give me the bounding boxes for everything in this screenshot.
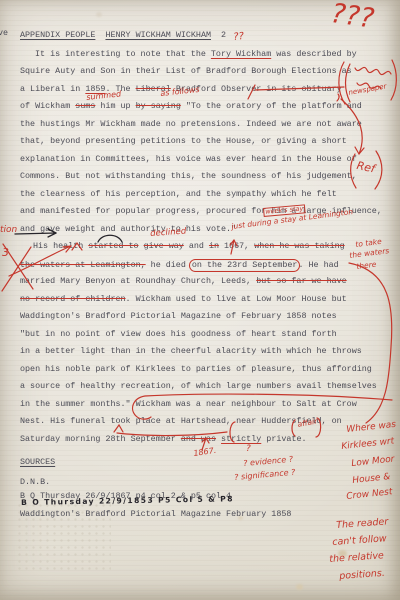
typed-segment: Commons. But not withstanding this, the … — [20, 171, 357, 182]
typed-segment: ve — [0, 28, 8, 39]
typed-segment: and — [184, 241, 209, 252]
body-line: Nest. His funeral took place at Hartshea… — [20, 416, 342, 427]
typed-segment: Waddington's Bradford Pictorial Magazine… — [20, 509, 291, 520]
paper-stain — [96, 12, 102, 17]
typed-segment-st: by saying — [136, 101, 181, 112]
margin-kirklees-5: Crow Nest — [346, 488, 393, 502]
margin-kirklees-3: Low Moor — [351, 455, 395, 469]
tory-wickham-query: ?? — [233, 32, 244, 43]
query-evidence: ? evidence ? — [243, 456, 293, 469]
typed-segment-tb: HENRY WICKHAM WICKHAM — [105, 30, 211, 41]
typed-segment: the clearness of his perception, and the… — [20, 189, 337, 200]
body-line: married Mary Benyon at Roundhay Church, … — [20, 276, 347, 287]
body-line: It is interesting to note that the Tory … — [35, 49, 357, 60]
paper-stain — [296, 584, 303, 590]
source-dnb: D.N.B. — [20, 477, 50, 488]
typed-segment-st: the waters at Leamington, — [20, 260, 146, 271]
margin-cropped-word: tion — [0, 226, 17, 235]
insertion-leamington-4: there — [356, 261, 377, 271]
body-line: Saturday morning 28th September and was … — [20, 434, 307, 445]
typed-segment-ul: Tory Wickham — [211, 49, 271, 60]
margin-kirklees-1: Where was — [346, 421, 397, 436]
correction-declined: declined — [150, 227, 187, 238]
typed-segment-ci: on the 23rd September — [189, 259, 301, 272]
typed-segment: . He had — [298, 260, 338, 271]
insertion-1867: 1867. — [193, 447, 217, 458]
typed-segment: 2 — [211, 30, 226, 41]
body-line: Squire Auty and Son in their List of Bra… — [20, 66, 352, 77]
typed-segment: . Wickham used to live at Low Moor House… — [126, 294, 347, 305]
typed-segment: married Mary Benyon at Roundhay Church, … — [20, 276, 256, 287]
body-line: that, beyond presenting petitions to the… — [20, 136, 347, 147]
typed-segment-st: sums — [75, 101, 95, 112]
body-line: the clearness of his perception, and the… — [20, 189, 337, 200]
typed-segment: private. — [261, 434, 306, 445]
typed-segment-st: when he was taking — [254, 241, 344, 252]
typed-segment-st: and was — [181, 434, 216, 445]
source-waddington: Waddington's Bradford Pictorial Magazine… — [20, 509, 291, 520]
body-line: in the summer months." Wickham was a nea… — [20, 399, 357, 410]
typed-segment-st: started to — [88, 241, 138, 252]
typed-segment-tb: APPENDIX PEOPLE — [20, 30, 95, 41]
typed-segment: His health — [33, 241, 88, 252]
typed-segment: explanation in Committees, his voice was… — [20, 154, 357, 165]
body-line: explanation in Committees, his voice was… — [20, 154, 357, 165]
typed-segment-st: but so far we have — [256, 276, 346, 287]
body-line: no record of children. Wickham used to l… — [20, 294, 347, 305]
body-line: the hustings Mr Wickham made no pretensi… — [20, 119, 362, 130]
scanned-document-page: veAPPENDIX PEOPLE HENRY WICKHAM WICKHAM … — [0, 0, 400, 600]
margin-kirklees-2: Kirklees wrt — [341, 437, 395, 452]
margin-cropped-number: 3 — [2, 247, 9, 259]
body-line: in a better light than in the cheerful a… — [20, 346, 362, 357]
typed-segment: a Liberal in — [20, 84, 85, 95]
margin-question-marks: ??? — [329, 0, 376, 34]
typed-segment-st: give way — [144, 241, 184, 252]
typed-segment: open his noble park of Kirklees to parti… — [20, 364, 372, 375]
sources-heading: SOURCES — [20, 457, 55, 468]
margin-kirklees-4: House & — [352, 473, 391, 486]
typed-segment-st: no record of children — [20, 294, 126, 305]
typed-segment — [95, 30, 105, 41]
correction-as-follows: as follows — [160, 86, 200, 98]
body-line: the waters at Leamington, he died on the… — [20, 259, 339, 272]
typed-segment: he died — [146, 260, 191, 271]
typed-segment: "but in no point of view does his goodne… — [20, 329, 337, 340]
typed-segment: in a better light than in the cheerful a… — [20, 346, 362, 357]
typed-segment: was described by — [271, 49, 356, 60]
body-line: open his noble park of Kirklees to parti… — [20, 364, 372, 375]
typed-segment: that, beyond presenting petitions to the… — [20, 136, 347, 147]
body-line: of Wickham sums him up by saying "To the… — [20, 101, 362, 112]
margin-reader-4: positions. — [339, 569, 385, 582]
typed-segment: of Wickham — [20, 101, 75, 112]
margin-reader-1: The reader — [336, 517, 389, 531]
body-line: Commons. But not withstanding this, the … — [20, 171, 357, 182]
typed-segment-ul: strictly — [221, 434, 261, 445]
typed-segment: It is interesting to note that the — [35, 49, 211, 60]
typed-segment: in the summer months." Wickham was a nea… — [20, 399, 357, 410]
edge-text: ve — [0, 28, 8, 39]
typed-segment: him up — [95, 101, 135, 112]
title-line: APPENDIX PEOPLE HENRY WICKHAM WICKHAM 2 — [20, 30, 226, 41]
typed-segment-tb: SOURCES — [20, 457, 55, 468]
ref-note: Ref — [356, 160, 376, 175]
query-strictly: ? — [246, 445, 251, 454]
body-line: a source of healthy recreation, of which… — [20, 381, 377, 392]
body-line: and gave weight and authority to his vot… — [20, 224, 236, 235]
typed-segment: and gave weight and authority to his vot… — [20, 224, 236, 235]
margin-reader-3: the relative — [329, 551, 384, 565]
typed-segment: a source of healthy recreation, of which… — [20, 381, 377, 392]
query-significance: ? significance ? — [234, 469, 296, 483]
newspaper-note: newspaper — [348, 83, 387, 97]
body-line: His health started to give way and in 18… — [33, 241, 345, 252]
typed-segment: Nest. His funeral took place at Hartshea… — [20, 416, 342, 427]
typed-segment: the hustings Mr Wickham made no pretensi… — [20, 119, 362, 130]
typed-segment: D.N.B. — [20, 477, 50, 488]
body-line: "but in no point of view does his goodne… — [20, 329, 337, 340]
insertion-affair: affair — [297, 418, 318, 429]
typed-segment: "To the oratory of the platform and — [181, 101, 362, 112]
typed-segment: 1867, — [219, 241, 254, 252]
typed-segment: Squire Auty and Son in their List of Bra… — [20, 66, 352, 77]
typed-segment-st: in — [209, 241, 219, 252]
typed-segment: Saturday morning 28th September — [20, 434, 181, 445]
body-line: Waddington's Bradford Pictorial Magazine… — [20, 311, 337, 322]
typed-segment: Waddington's Bradford Pictorial Magazine… — [20, 311, 337, 322]
handwritten-source-line: B O Thursday 22/9/1853 P5 Col 5 & P8 — [21, 495, 234, 507]
margin-reader-2: can't follow — [332, 534, 387, 548]
